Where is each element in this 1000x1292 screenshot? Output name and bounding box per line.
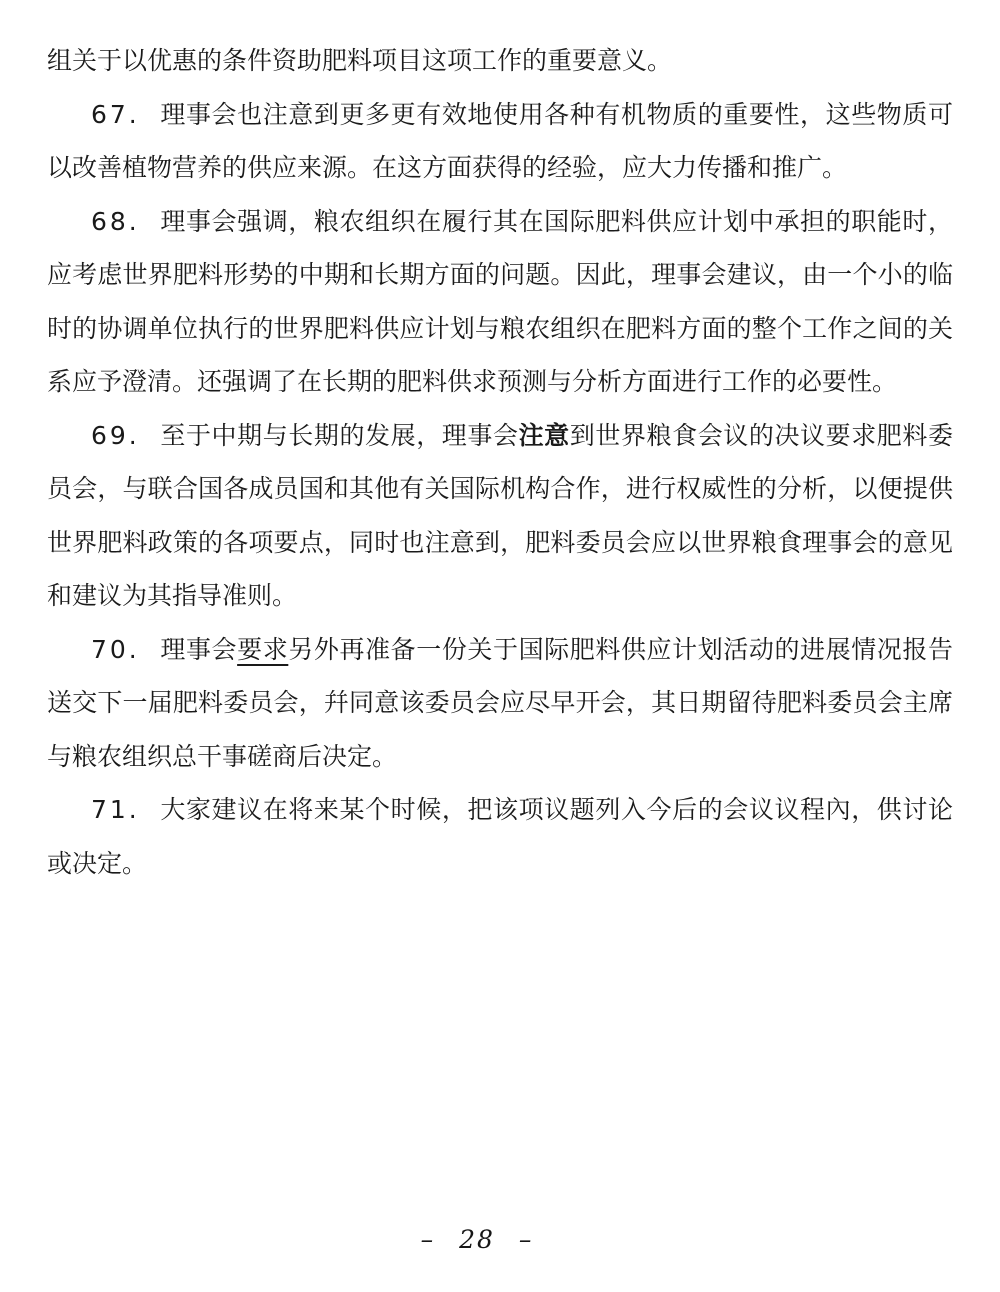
paragraph-70: 70.理事会要求另外再准备一份关于国际肥料供应计划活动的进展情况报告送交下一届肥… (47, 623, 953, 784)
paragraph-text: 大家建议在将来某个时候，把该项议题列入今后的会议议程內，供讨论或决定。 (47, 795, 953, 878)
page-number: – 28 – (0, 1225, 954, 1254)
document-page: 组关于以优惠的条件资助肥料项目这项工作的重要意义。 67.理事会也注意到更多更有… (0, 0, 1000, 1292)
paragraph-text: 理事会也注意到更多更有效地使用各种有机物质的重要性，这些物质可以改善植物营养的供… (47, 100, 953, 183)
paragraph-number: 70. (91, 623, 140, 677)
page-number-text: – 28 – (421, 1225, 534, 1254)
paragraph-text-emphasis: 注意 (519, 421, 570, 450)
paragraph-continuation: 组关于以优惠的条件资助肥料项目这项工作的重要意义。 (47, 34, 953, 88)
paragraph-text: 至于中期与长期的发展，理事会 (160, 421, 519, 450)
paragraph-number: 71. (91, 783, 140, 837)
paragraph-text-underlined: 要求 (237, 635, 288, 664)
paragraph-text: 理事会 (160, 635, 237, 664)
document-body: 组关于以优惠的条件资助肥料项目这项工作的重要意义。 67.理事会也注意到更多更有… (47, 34, 953, 890)
paragraph-text: 组关于以优惠的条件资助肥料项目这项工作的重要意义。 (47, 46, 672, 75)
paragraph-number: 67. (91, 88, 140, 142)
paragraph-71: 71.大家建议在将来某个时候，把该项议题列入今后的会议议程內，供讨论或决定。 (47, 783, 953, 890)
paragraph-number: 68. (91, 195, 140, 249)
paragraph-67: 67.理事会也注意到更多更有效地使用各种有机物质的重要性，这些物质可以改善植物营… (47, 88, 953, 195)
paragraph-text: 理事会强调，粮农组织在履行其在国际肥料供应计划中承担的职能时，应考虑世界肥料形势… (47, 207, 953, 397)
paragraph-69: 69.至于中期与长期的发展，理事会注意到世界粮食会议的决议要求肥料委员会，与联合… (47, 409, 953, 623)
paragraph-68: 68.理事会强调，粮农组织在履行其在国际肥料供应计划中承担的职能时，应考虑世界肥… (47, 195, 953, 409)
paragraph-number: 69. (91, 409, 140, 463)
